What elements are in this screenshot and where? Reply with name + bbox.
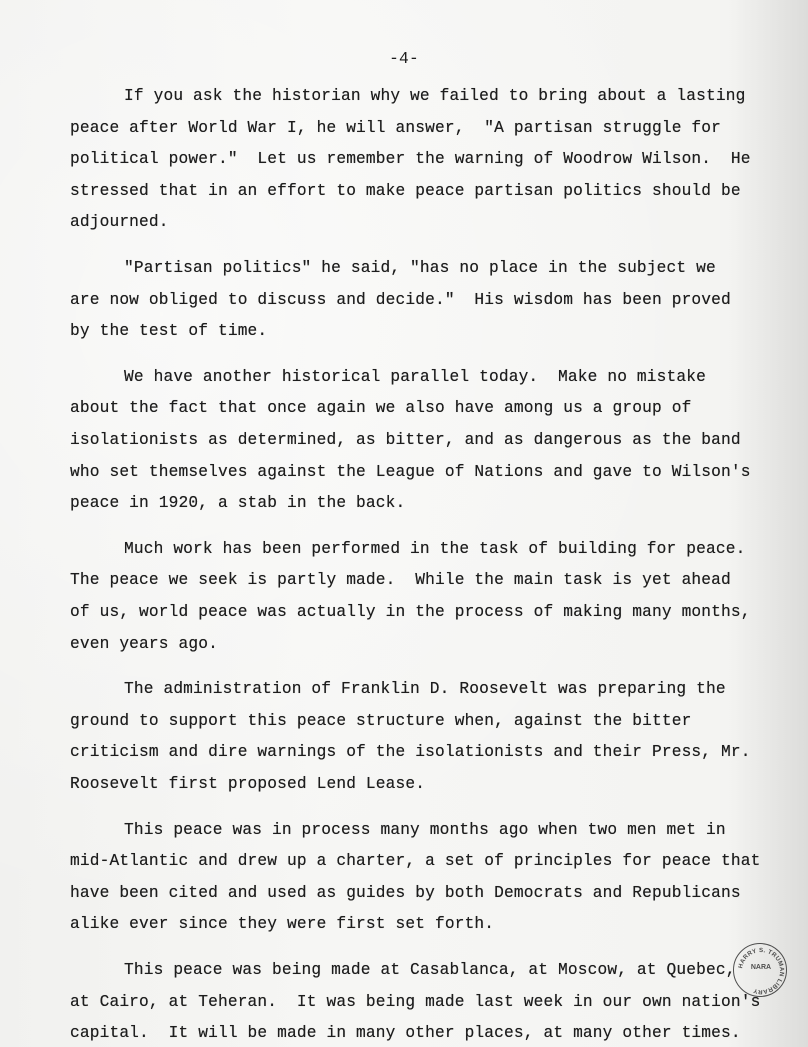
paragraph-line: Roosevelt first proposed Lend Lease.: [70, 774, 425, 794]
paragraph-first-line: The administration of Franklin D. Roosev…: [124, 679, 726, 699]
paragraph-first-line: This peace was in process many months ag…: [124, 820, 726, 840]
paragraph-line: stressed that in an effort to make peace…: [70, 181, 741, 201]
paragraph-line: at Cairo, at Teheran. It was being made …: [70, 992, 761, 1012]
stamp-ring-text: HARRY S. TRUMAN LIBRARY: [734, 944, 788, 998]
paragraph-line: political power." Let us remember the wa…: [70, 149, 751, 169]
document-page: -4- If you ask the historian why we fail…: [0, 0, 808, 1047]
paragraph-line: of us, world peace was actually in the p…: [70, 602, 751, 622]
paragraph-line: even years ago.: [70, 634, 218, 654]
paragraph-line: mid-Atlantic and drew up a charter, a se…: [70, 851, 761, 871]
svg-text:HARRY S. TRUMAN LIBRARY: HARRY S. TRUMAN LIBRARY: [737, 947, 785, 995]
library-stamp: HARRY S. TRUMAN LIBRARY NARA: [733, 943, 787, 997]
paragraph-line: isolationists as determined, as bitter, …: [70, 430, 741, 450]
paragraph-first-line: We have another historical parallel toda…: [124, 367, 706, 387]
paragraph-line: who set themselves against the League of…: [70, 462, 751, 482]
paragraph-line: ground to support this peace structure w…: [70, 711, 691, 731]
paragraph-line: peace after World War I, he will answer,…: [70, 118, 721, 138]
page-number: -4-: [0, 50, 808, 68]
paragraph-line: by the test of time.: [70, 321, 267, 341]
paragraph-first-line: If you ask the historian why we failed t…: [124, 86, 745, 106]
stamp-center-text: NARA: [734, 964, 788, 971]
paragraph-first-line: "Partisan politics" he said, "has no pla…: [124, 258, 716, 278]
paragraph-line: alike ever since they were first set for…: [70, 914, 494, 934]
paragraph-line: have been cited and used as guides by bo…: [70, 883, 741, 903]
paragraph-first-line: This peace was being made at Casablanca,…: [124, 960, 736, 980]
paragraph-line: are now obliged to discuss and decide." …: [70, 290, 731, 310]
paragraph-line: capital. It will be made in many other p…: [70, 1023, 741, 1043]
paragraph-line: peace in 1920, a stab in the back.: [70, 493, 405, 513]
paragraph-line: criticism and dire warnings of the isola…: [70, 742, 751, 762]
paragraph-first-line: Much work has been performed in the task…: [124, 539, 745, 559]
paragraph-line: adjourned.: [70, 212, 169, 232]
paragraph-line: about the fact that once again we also h…: [70, 398, 691, 418]
paragraph-line: The peace we seek is partly made. While …: [70, 570, 731, 590]
